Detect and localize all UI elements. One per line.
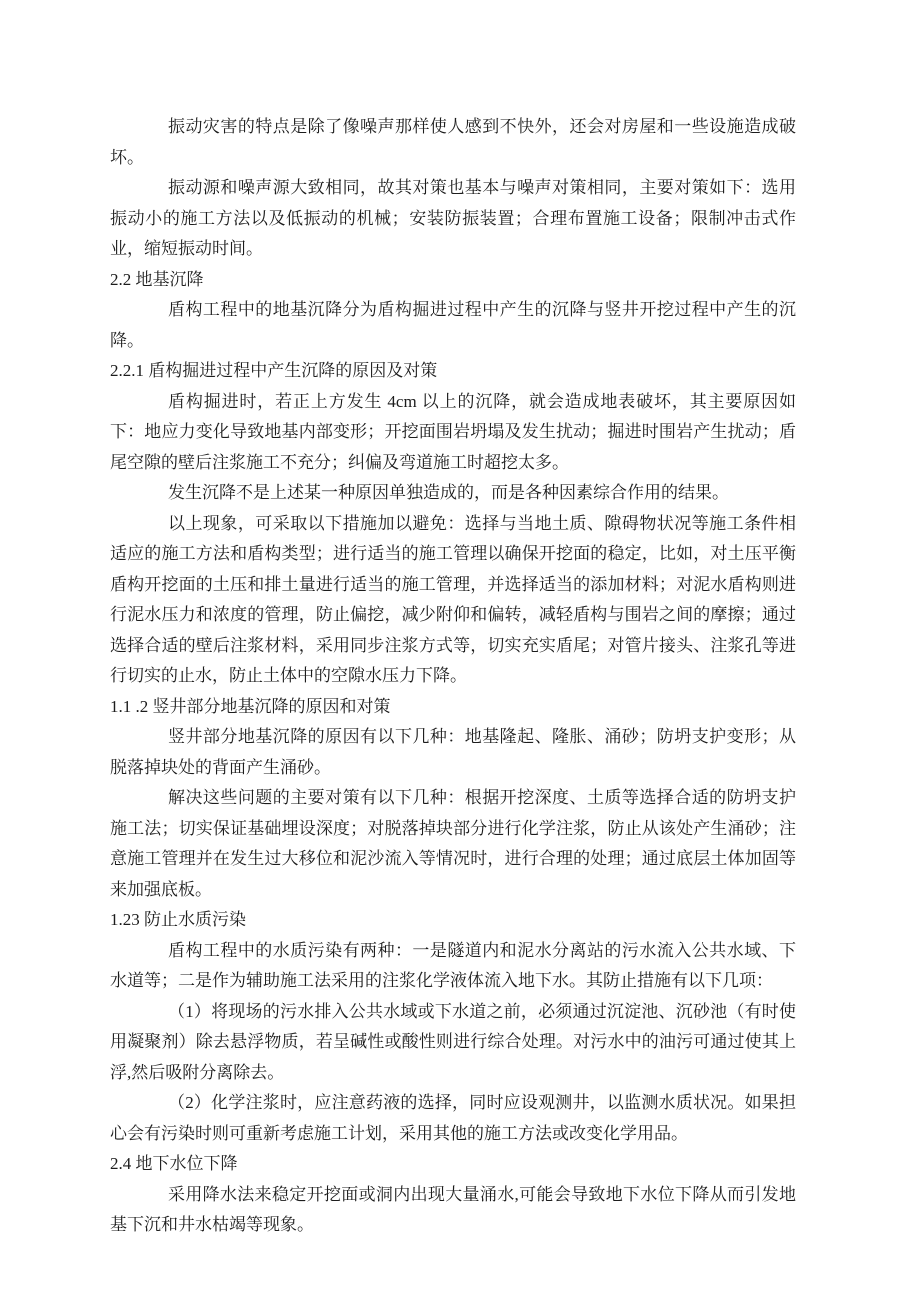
body-paragraph: 振动源和噪声源大致相同，故其对策也基本与噪声对策相同，主要对策如下：选用振动小的… xyxy=(110,173,796,265)
document-page: 振动灾害的特点是除了像噪声那样使人感到不快外，还会对房屋和一些设施造成破坏。振动… xyxy=(0,0,920,1301)
body-paragraph: 盾构工程中的地基沉降分为盾构掘进过程中产生的沉降与竖井开挖过程中产生的沉降。 xyxy=(110,295,796,356)
body-paragraph: 盾构工程中的水质污染有两种：一是隧道内和泥水分离站的污水流入公共水域、下水道等；… xyxy=(110,936,796,997)
body-paragraph: 发生沉降不是上述某一种原因单独造成的，而是各种因素综合作用的结果。 xyxy=(110,478,796,509)
section-heading: 1.23 防止水质污染 xyxy=(110,905,796,936)
body-paragraph: 盾构掘进时，若正上方发生 4cm 以上的沉降，就会造成地表破坏，其主要原因如下：… xyxy=(110,387,796,479)
body-paragraph: （2）化学注浆时，应注意药液的选择，同时应设观测井，以监测水质状况。如果担心会有… xyxy=(110,1088,796,1149)
section-heading: 1.1 .2 竖井部分地基沉降的原因和对策 xyxy=(110,692,796,723)
body-paragraph: 解决这些问题的主要对策有以下几种：根据开挖深度、土质等选择合适的防坍支护施工法；… xyxy=(110,783,796,905)
body-paragraph: 以上现象，可采取以下措施加以避免：选择与当地土质、隙碍物状况等施工条件相适应的施… xyxy=(110,509,796,692)
body-paragraph: 振动灾害的特点是除了像噪声那样使人感到不快外，还会对房屋和一些设施造成破坏。 xyxy=(110,112,796,173)
body-paragraph: （1）将现场的污水排入公共水域或下水道之前，必须通过沉淀池、沉砂池（有时使用凝聚… xyxy=(110,997,796,1089)
body-paragraph: 采用降水法来稳定开挖面或洞内出现大量涌水,可能会导致地下水位下降从而引发地基下沉… xyxy=(110,1180,796,1241)
body-paragraph: 竖井部分地基沉降的原因有以下几种：地基隆起、隆胀、涌砂；防坍支护变形；从脱落掉块… xyxy=(110,722,796,783)
section-heading: 2.2 地基沉降 xyxy=(110,265,796,296)
section-heading: 2.4 地下水位下降 xyxy=(110,1149,796,1180)
section-heading: 2.2.1 盾构掘进过程中产生沉降的原因及对策 xyxy=(110,356,796,387)
document-content: 振动灾害的特点是除了像噪声那样使人感到不快外，还会对房屋和一些设施造成破坏。振动… xyxy=(110,112,796,1241)
